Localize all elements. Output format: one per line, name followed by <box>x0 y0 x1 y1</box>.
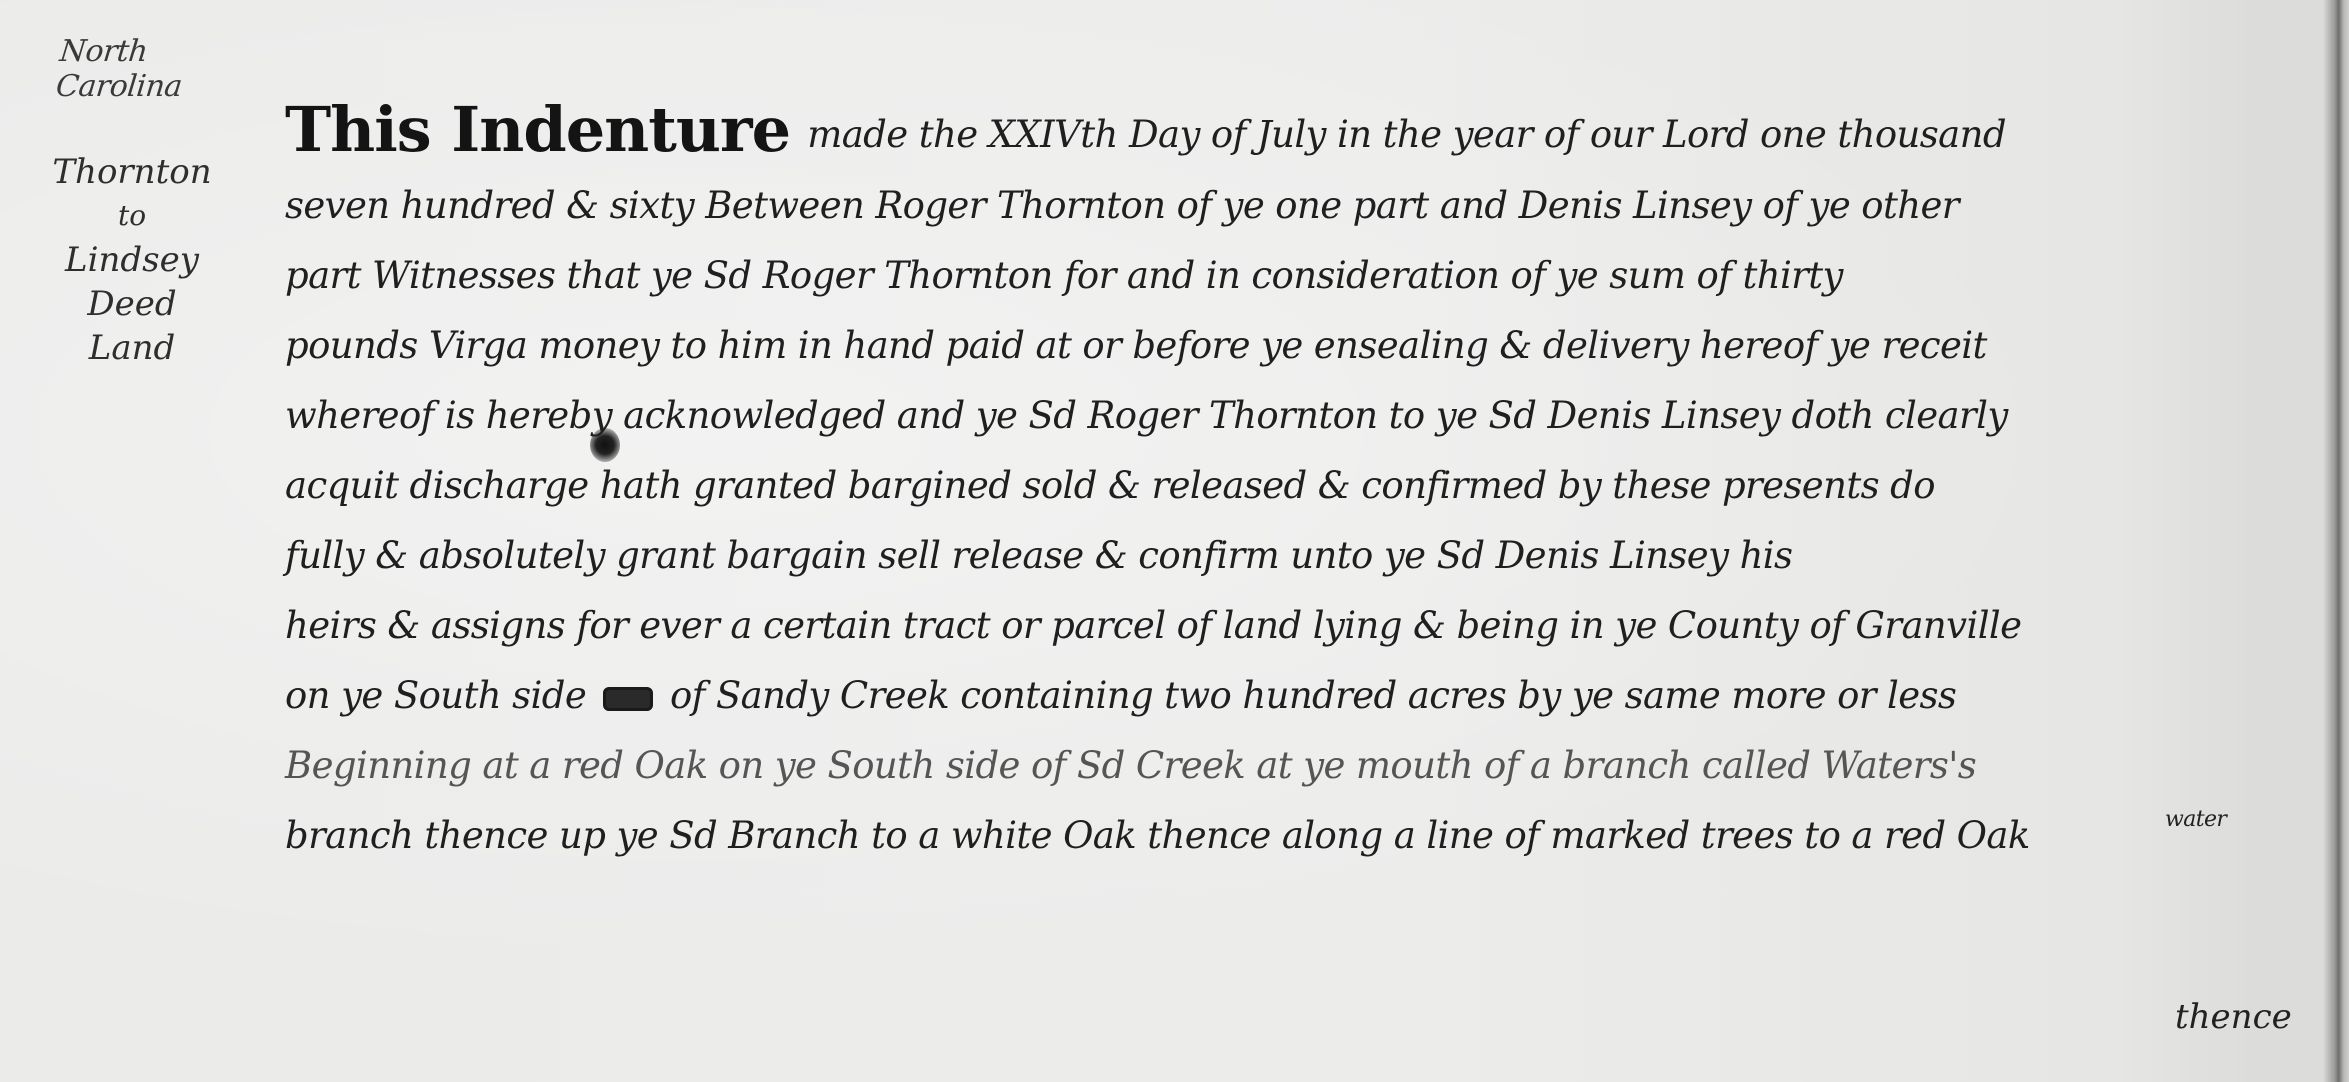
deed-line-tail: thence <box>2175 997 2292 1037</box>
deed-title: This Indenture <box>285 93 790 166</box>
deed-line-text: made the XXIVth Day of July in the year … <box>807 113 2006 156</box>
margin-caption: Thornton to Lindsey Deed Land <box>22 150 242 370</box>
deed-line-text: branch thence up ye Sd Branch to a white… <box>285 814 2030 857</box>
deed-line-text: fully & absolutely grant bargain sell re… <box>285 534 1792 577</box>
deed-line-6: acquit discharge hath granted bargined s… <box>285 451 2315 521</box>
interlinear-insertion: water <box>2165 785 2226 855</box>
margin-caption-grantor: Thornton <box>22 150 242 194</box>
deed-line-9: on ye South side east of Sandy Creek con… <box>285 661 2315 731</box>
document-page: North Carolina Thornton to Lindsey Deed … <box>0 0 2349 1082</box>
deed-line-text: pounds Virga money to him in hand paid a… <box>285 324 1987 367</box>
struck-out-word: east <box>603 687 652 711</box>
deed-line-text: Beginning at a red Oak on ye South side … <box>285 744 1976 787</box>
deed-line-text: heirs & assigns for ever a certain tract… <box>285 604 2021 647</box>
deed-line-10: Beginning at a red Oak on ye South side … <box>285 731 2315 801</box>
deed-line-text: part Witnesses that ye Sd Roger Thornton… <box>285 254 1843 297</box>
deed-line-7: fully & absolutely grant bargain sell re… <box>285 521 2315 591</box>
margin-caption-land: Land <box>22 326 242 370</box>
state-heading: North Carolina <box>54 34 283 104</box>
margin-caption-to: to <box>22 194 242 238</box>
deed-line-8: heirs & assigns for ever a certain tract… <box>285 591 2315 661</box>
deed-body: This Indenture made the XXIVth Day of Ju… <box>285 95 2315 871</box>
margin-notes: North Carolina Thornton to Lindsey Deed … <box>0 0 280 1082</box>
page-binding-edge <box>2323 0 2349 1082</box>
deed-line-1: This Indenture made the XXIVth Day of Ju… <box>285 95 2315 165</box>
margin-caption-deed: Deed <box>22 282 242 326</box>
deed-line-text: seven hundred & sixty Between Roger Thor… <box>285 184 1959 227</box>
deed-line-2: seven hundred & sixty Between Roger Thor… <box>285 171 2315 241</box>
deed-line-text: whereof is hereby acknowledged and ye Sd… <box>285 394 2008 437</box>
deed-line-11: branch thence up ye Sd Branch to a white… <box>285 801 2315 871</box>
deed-line-3: part Witnesses that ye Sd Roger Thornton… <box>285 241 2315 311</box>
deed-line-4: pounds Virga money to him in hand paid a… <box>285 311 2315 381</box>
deed-line-text: of Sandy Creek containing two hundred ac… <box>670 674 1956 717</box>
deed-line-text: acquit discharge hath granted bargined s… <box>285 464 1935 507</box>
margin-caption-grantee: Lindsey <box>22 238 242 282</box>
deed-line-5: whereof is hereby acknowledged and ye Sd… <box>285 381 2315 451</box>
deed-line-text: on ye South side <box>285 674 586 717</box>
